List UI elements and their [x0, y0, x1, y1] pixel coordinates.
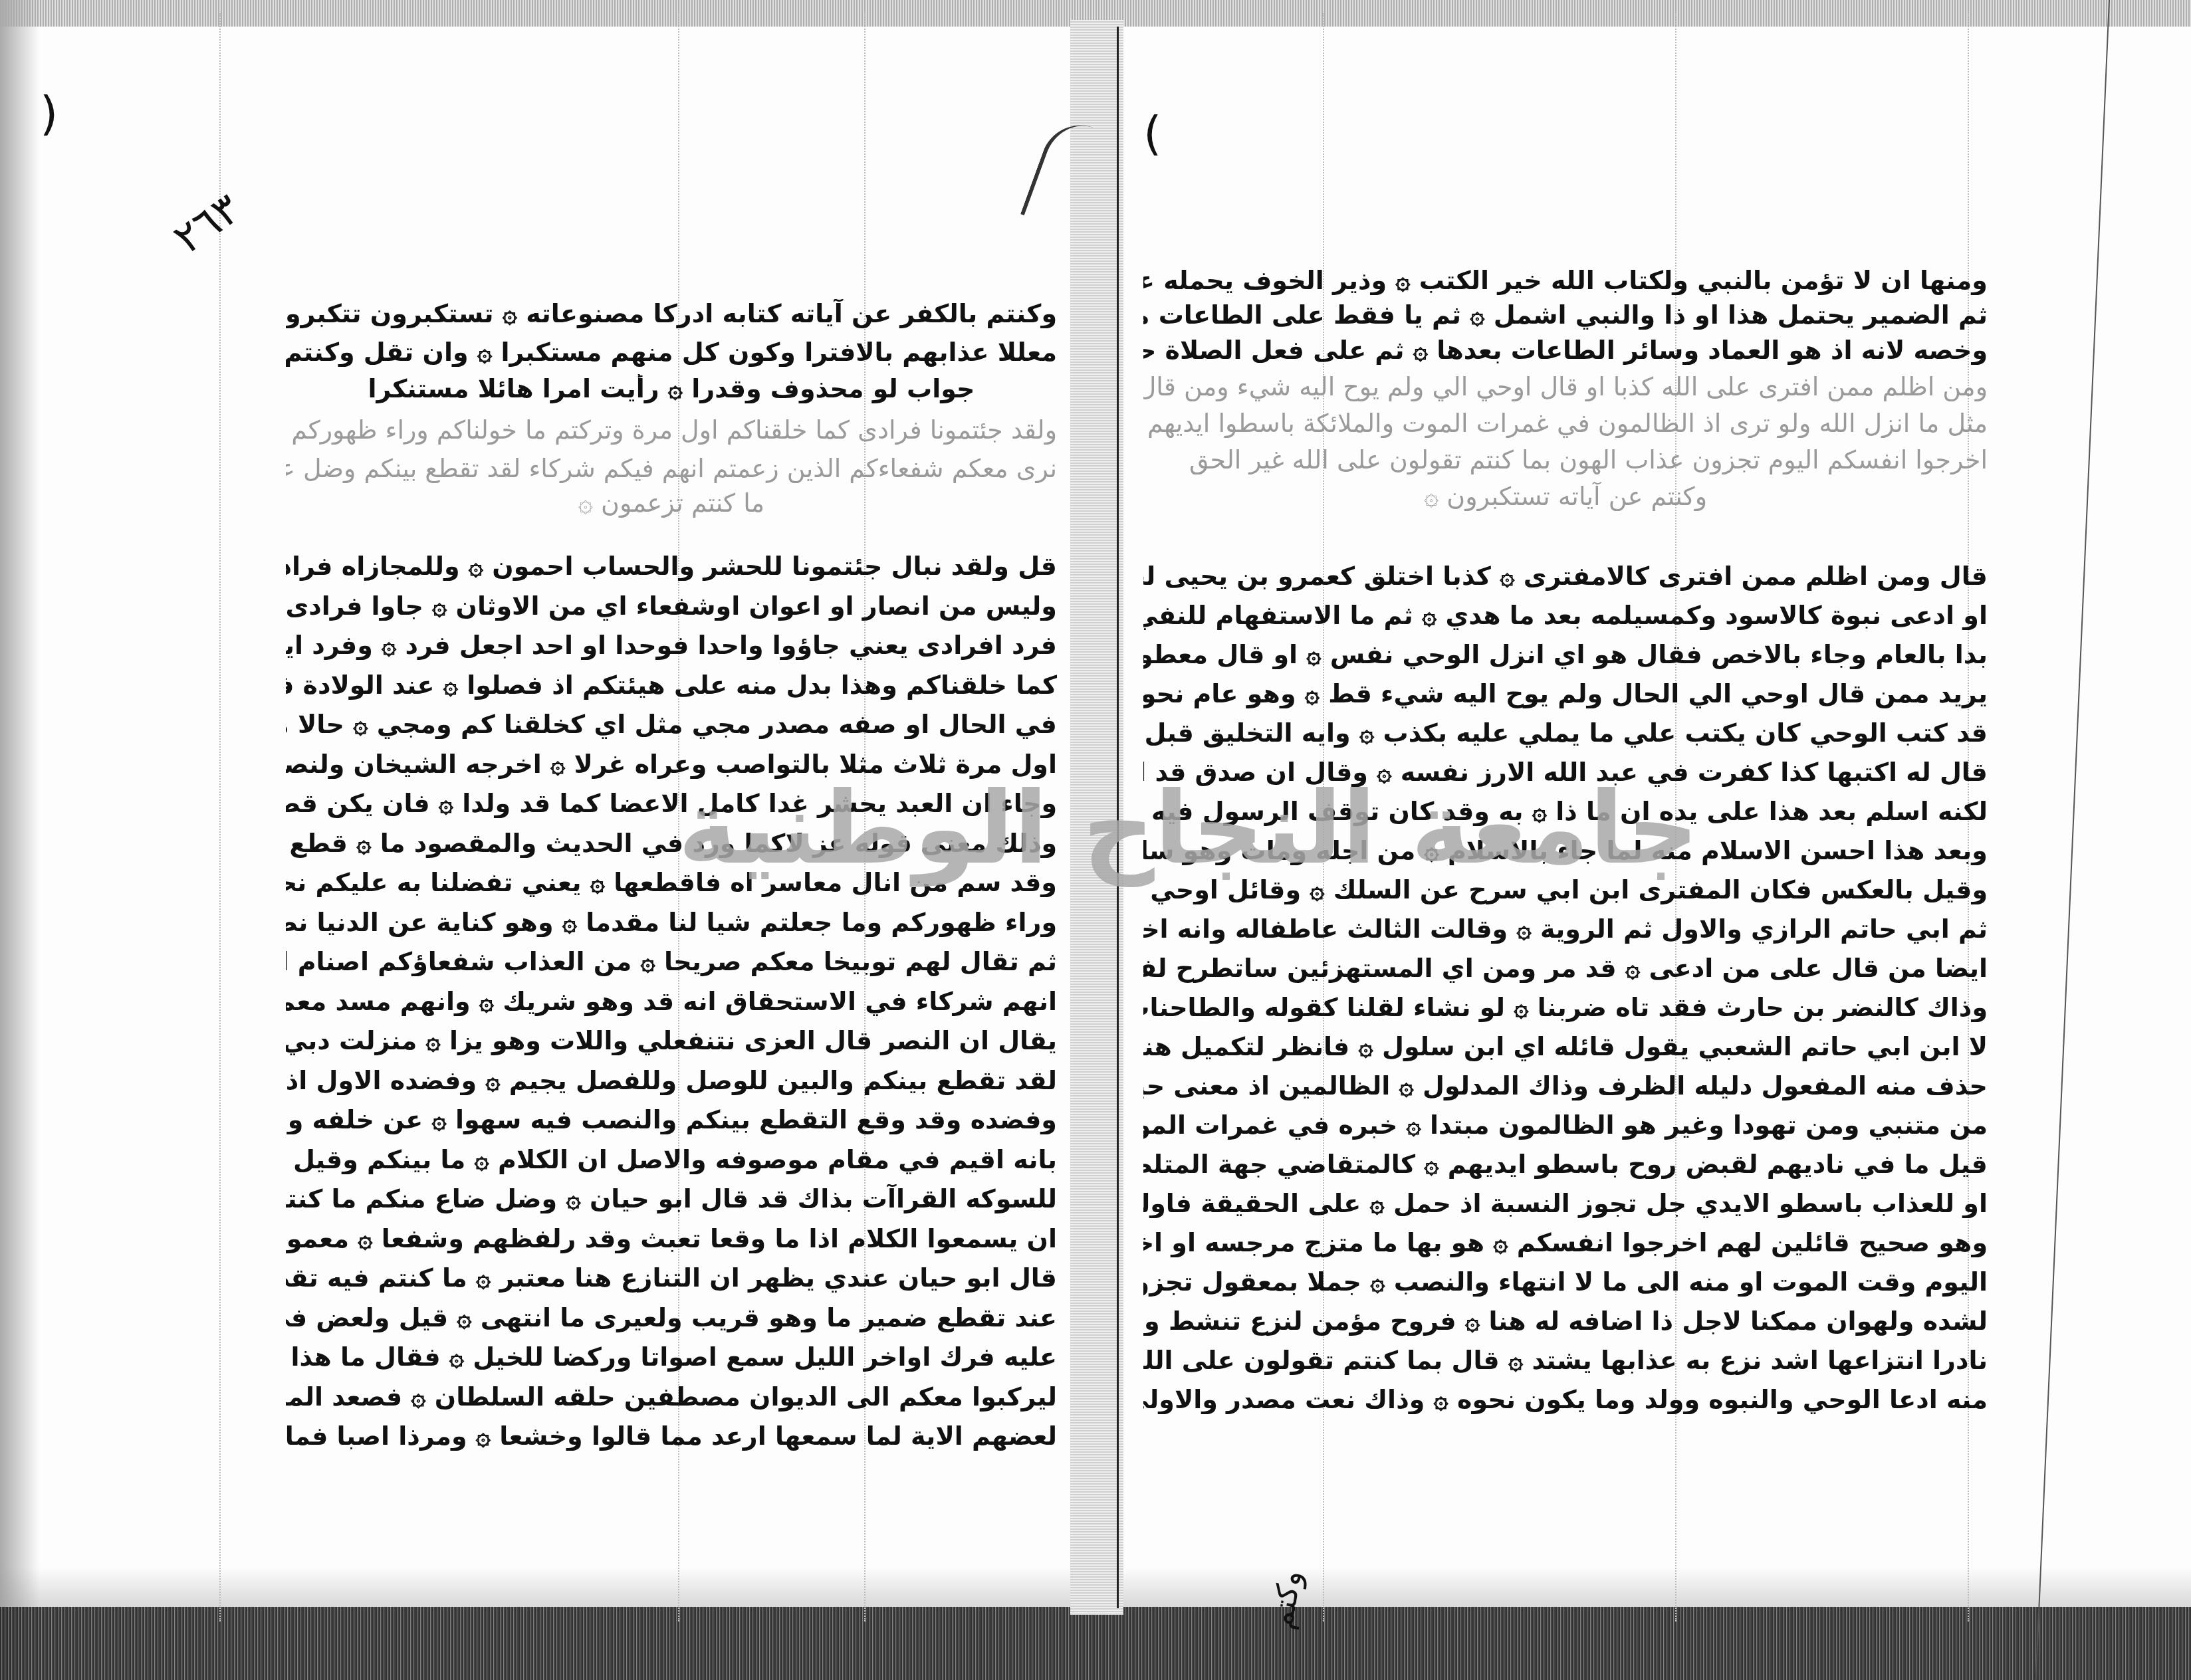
scan-bottom-edge	[0, 1607, 2191, 1680]
ruling-line	[219, 13, 221, 1622]
header-line: وكنتم بالكفر عن آياته كتابه ادركا مصنوعا…	[286, 299, 1057, 328]
text-line: او للعذاب باسطو الايدي جل تجوز النسبة اذ…	[1143, 1189, 1988, 1218]
text-line: لقد تقطع بينكم والبين للوصل وللفصل يجيم …	[286, 1066, 1057, 1095]
header-line: مثل ما انزل الله ولو ترى اذ الظالمون في …	[1143, 409, 1988, 438]
text-line: لعضهم الاية لما سمعها ارعد مما قالوا وخش…	[286, 1421, 1057, 1451]
text-line: ثم تقال لهم توبيخا معكم صريحا ۞ من العذا…	[286, 947, 1057, 976]
text-line: منه ادعا الوحي والنبوه وولد وما يكون نحو…	[1143, 1385, 1988, 1414]
text-line: يقال ان النصر قال العزى نتنفعلي واللات و…	[286, 1026, 1057, 1055]
header-line: معللا عذابهم بالافترا وكون كل منهم مستكب…	[286, 338, 1057, 367]
header-line: وكنتم عن آياته تستكبرون ۞	[1143, 482, 1988, 511]
text-line: فرد افرادى يعني جاؤوا واحدا فوحدا او احد…	[286, 631, 1057, 660]
header-line: ولقد جئتمونا فرادى كما خلقناكم اول مرة و…	[286, 415, 1057, 445]
text-line: نادرا انتزاعها اشد نزع به عذابها يشتد ۞ …	[1143, 1346, 1988, 1375]
text-line: ان يسمعوا الكلام اذا ما وقعا تعبث وقد رل…	[286, 1224, 1057, 1253]
header-line: اخرجوا انفسكم اليوم تجزون عذاب الهون بما…	[1143, 445, 1988, 474]
margin-mark: )	[40, 86, 58, 141]
watermark: جامعة النجاح الوطنية	[678, 771, 1698, 887]
header-line: جواب لو محذوف وقدرا ۞ رأيت امرا هائلا مس…	[286, 374, 1057, 403]
text-line: او ادعى نبوة كالاسود وكمسيلمه بعد ما هدي…	[1143, 601, 1988, 630]
text-line: وهو صحيح قائلين لهم اخرجوا انفسكم ۞ هو ب…	[1143, 1228, 1988, 1257]
text-line: كما خلقناكم وهذا بدل منه على هيئتكم اذ ف…	[286, 671, 1057, 700]
header-line: ومن اظلم ممن افترى على الله كذبا او قال …	[1143, 372, 1988, 401]
text-line: وليس من انصار او اعوان اوشفعاء اي من الا…	[286, 591, 1057, 621]
text-line: حذف منه المفعول دليله الظرف وذاك المدلول…	[1143, 1071, 1988, 1101]
text-line: قال ومن اظلم ممن افترى كالامفترى ۞ كذبا …	[1143, 562, 1988, 591]
text-line: ايضا من قال على من ادعى ۞ قد مر ومن اي ا…	[1143, 954, 1988, 983]
text-line: وذاك كالنضر بن حارث فقد تاه ضربنا ۞ لو ن…	[1143, 993, 1988, 1022]
text-line: يريد ممن قال اوحي الي الحال ولم يوح اليه…	[1143, 679, 1988, 708]
text-line: وراء ظهوركم وما جعلتم شيا لنا مقدما ۞ وه…	[286, 908, 1057, 937]
text-line: في الحال او صفه مصدر مجي مثل اي كخلقنا ك…	[286, 710, 1057, 739]
text-line: وفضده وقد وقع التقطع بينكم والنصب فيه سه…	[286, 1105, 1057, 1134]
text-line: عليه فرك اواخر الليل سمع اصواتا وركضا لل…	[286, 1342, 1057, 1372]
text-line: قد كتب الوحي كان يكتب علي ما يملي عليه ب…	[1143, 718, 1988, 748]
scan-left-edge	[0, 0, 40, 1680]
header-line: وخصه لانه اذ هو العماد وسائر الطاعات بعد…	[1143, 336, 1988, 365]
header-line: ومنها ان لا تؤمن بالنبي ولكتاب الله خير …	[1143, 266, 1988, 295]
scanned-spread: ٢٦٣ ) ( وكنتم بالكفر عن آياته كتابه ادرك…	[0, 0, 2191, 1680]
text-line: قال ابو حيان عندي يظهر ان التنازع هنا مع…	[286, 1263, 1057, 1293]
text-line: قيل ما في ناديهم لقبض روح باسطو ايديهم ۞…	[1143, 1150, 1988, 1179]
text-line: لا ابن ابي حاتم الشعبي يقول قائله اي ابن…	[1143, 1032, 1988, 1061]
text-line: انهم شركاء في الاستحقاق انه قد وهو شريك …	[286, 987, 1057, 1016]
text-line: من متنبي ومن تهودا وغير هو الظالمون مبتد…	[1143, 1110, 1988, 1140]
page-number: ٢٦٣	[165, 184, 249, 264]
text-line: للسوكه القراآت بذاك قد قال ابو حيان ۞ وض…	[286, 1184, 1057, 1213]
text-line: لشده ولهوان ممكنا لاجل ذا اضافه له هنا ۞…	[1143, 1307, 1988, 1336]
header-line: نرى معكم شفعاءكم الذين زعمتم انهم فيكم ش…	[286, 454, 1057, 483]
header-line: ما كنتم تزعمون ۞	[286, 488, 1057, 518]
text-line: عند تقطع ضمير ما وهو قريب ولعيرى ما انته…	[286, 1303, 1057, 1332]
text-line: بانه اقيم في مقام موصوفه والاصل ان الكلا…	[286, 1145, 1057, 1174]
header-line: ثم الضمير يحتمل هذا او ذا والنبي اشمل ۞ …	[1143, 300, 1988, 330]
margin-mark: (	[1143, 106, 1161, 161]
left-page: وكنتم بالكفر عن آياته كتابه ادركا مصنوعا…	[286, 286, 1057, 1515]
text-line: ثم ابي حاتم الرازي والاول ثم الروية ۞ وق…	[1143, 914, 1988, 944]
page-right-edge	[2035, 0, 2110, 1680]
text-line: ليركبوا معكم الى الديوان مصطفين حلقه الس…	[286, 1382, 1057, 1412]
text-line: اليوم وقت الموت او منه الى ما لا انتهاء …	[1143, 1267, 1988, 1297]
text-line: قل ولقد نبال جئتمونا للحشر والحساب احمون…	[286, 552, 1057, 581]
text-line: بدا بالعام وجاء بالاخص فقال هو اي انزل ا…	[1143, 640, 1988, 669]
